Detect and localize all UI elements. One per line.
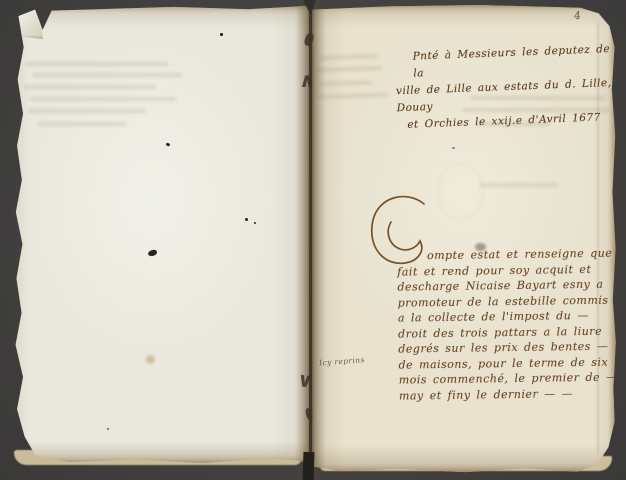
folio-number: 4 — [573, 10, 581, 23]
ink-spot — [107, 428, 109, 430]
ink-blot — [148, 249, 158, 256]
left-page-blank-verso — [8, 6, 309, 464]
stitch-thread: ∨ — [296, 369, 315, 391]
paragraph-line: mois commenché, le premier de — — [399, 369, 621, 388]
ink-spot — [220, 33, 223, 36]
manuscript-book-spread: 4 Pnté à Messieurs les deputez de la vil… — [0, 0, 626, 480]
paper-crease — [597, 23, 599, 453]
paragraph-line: may et finy le dernier — — — [399, 385, 621, 404]
ink-speck — [452, 147, 455, 149]
ink-spot — [245, 218, 248, 221]
stitch-thread: ∧ — [299, 70, 315, 90]
show-through-lines-gutter — [312, 0, 617, 10]
ink-spot — [166, 142, 170, 146]
dog-ear-fold — [16, 8, 43, 39]
right-page-manuscript-recto: 4 Pnté à Messieurs les deputez de la vil… — [312, 5, 617, 473]
header-inscription: Pnté à Messieurs les deputez de la ville… — [394, 41, 621, 135]
binding-strap-bottom — [303, 452, 315, 480]
account-paragraph: ompte estat et renseigne que fait et ren… — [397, 245, 621, 403]
ink-spot — [254, 222, 256, 224]
ink-smudge — [475, 243, 486, 251]
margin-note: Icy reprins — [319, 354, 389, 368]
show-through-initial — [438, 162, 484, 220]
paper-stain — [146, 355, 155, 364]
